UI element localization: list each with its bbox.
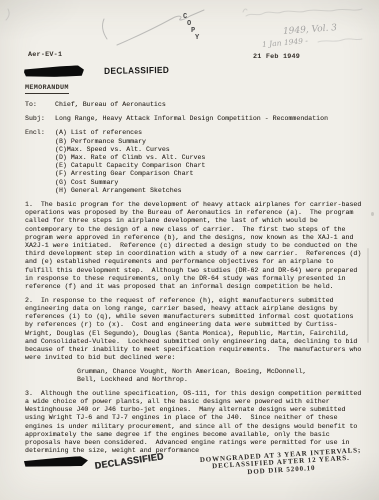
enclosure-item: (F) Arresting Gear Comparison Chart — [55, 170, 205, 178]
scan-speck — [371, 212, 374, 216]
handwritten-date-note: 1 Jan 1949 - — [262, 36, 308, 49]
enclosure-item: (B) Performance Summary — [55, 138, 205, 146]
paragraph-1: 1. The basic program for the development… — [25, 201, 363, 291]
paragraph-2: 2. In response to the request of referen… — [25, 297, 363, 363]
copy-stamp: C O P Y — [183, 14, 199, 42]
subject-row: Subj: Long Range, Heavy Attack Informal … — [25, 115, 363, 123]
to-row: To: Chief, Bureau of Aeronautics — [25, 101, 363, 109]
scan-streak — [367, 248, 369, 343]
subject-label: Subj: — [25, 115, 55, 123]
scanned-memo-page: C O P Y 1949, Vol. 3 1 Jan 1949 - Aer-EV… — [0, 0, 379, 500]
letter-date: 21 Feb 1949 — [253, 53, 300, 61]
enclosure-item: (D) Max. Rate of Climb vs. Alt. Curves — [55, 154, 205, 162]
paragraph-3: 3. Although the outline specification, O… — [25, 390, 363, 456]
handwritten-volume-note: 1949, Vol. 3 — [283, 23, 338, 37]
to-value: Chief, Bureau of Aeronautics — [55, 101, 166, 109]
reference-number: Aer-EV-1 — [28, 51, 62, 59]
letter-body: To: Chief, Bureau of Aeronautics Subj: L… — [25, 101, 363, 461]
enclosures-list: (A) List of references (B) Performance S… — [55, 129, 205, 195]
enclosure-item: (C)Max. Speed vs. Alt. Curves — [55, 146, 205, 154]
copy-letter: C — [183, 14, 199, 21]
declined-manufacturers-list: Grumman, Chance Vought, North American, … — [77, 368, 363, 384]
copy-letter: Y — [195, 35, 199, 42]
subject-value: Long Range, Heavy Attack Informal Design… — [55, 115, 328, 123]
enclosures-row: Encl: (A) List of references (B) Perform… — [25, 129, 363, 195]
to-label: To: — [25, 101, 55, 109]
enclosure-item: (G) Cost Summary — [55, 179, 205, 187]
enclosures-label: Encl: — [25, 129, 55, 195]
enclosure-item: (H) General Arrangement Sketches — [55, 187, 205, 195]
enclosure-item: (A) List of references — [55, 129, 205, 137]
declassified-stamp-top: DECLASSIFIED — [104, 65, 169, 76]
redaction-bar-top — [24, 65, 84, 78]
memorandum-heading: MEMORANDUM — [25, 84, 69, 94]
